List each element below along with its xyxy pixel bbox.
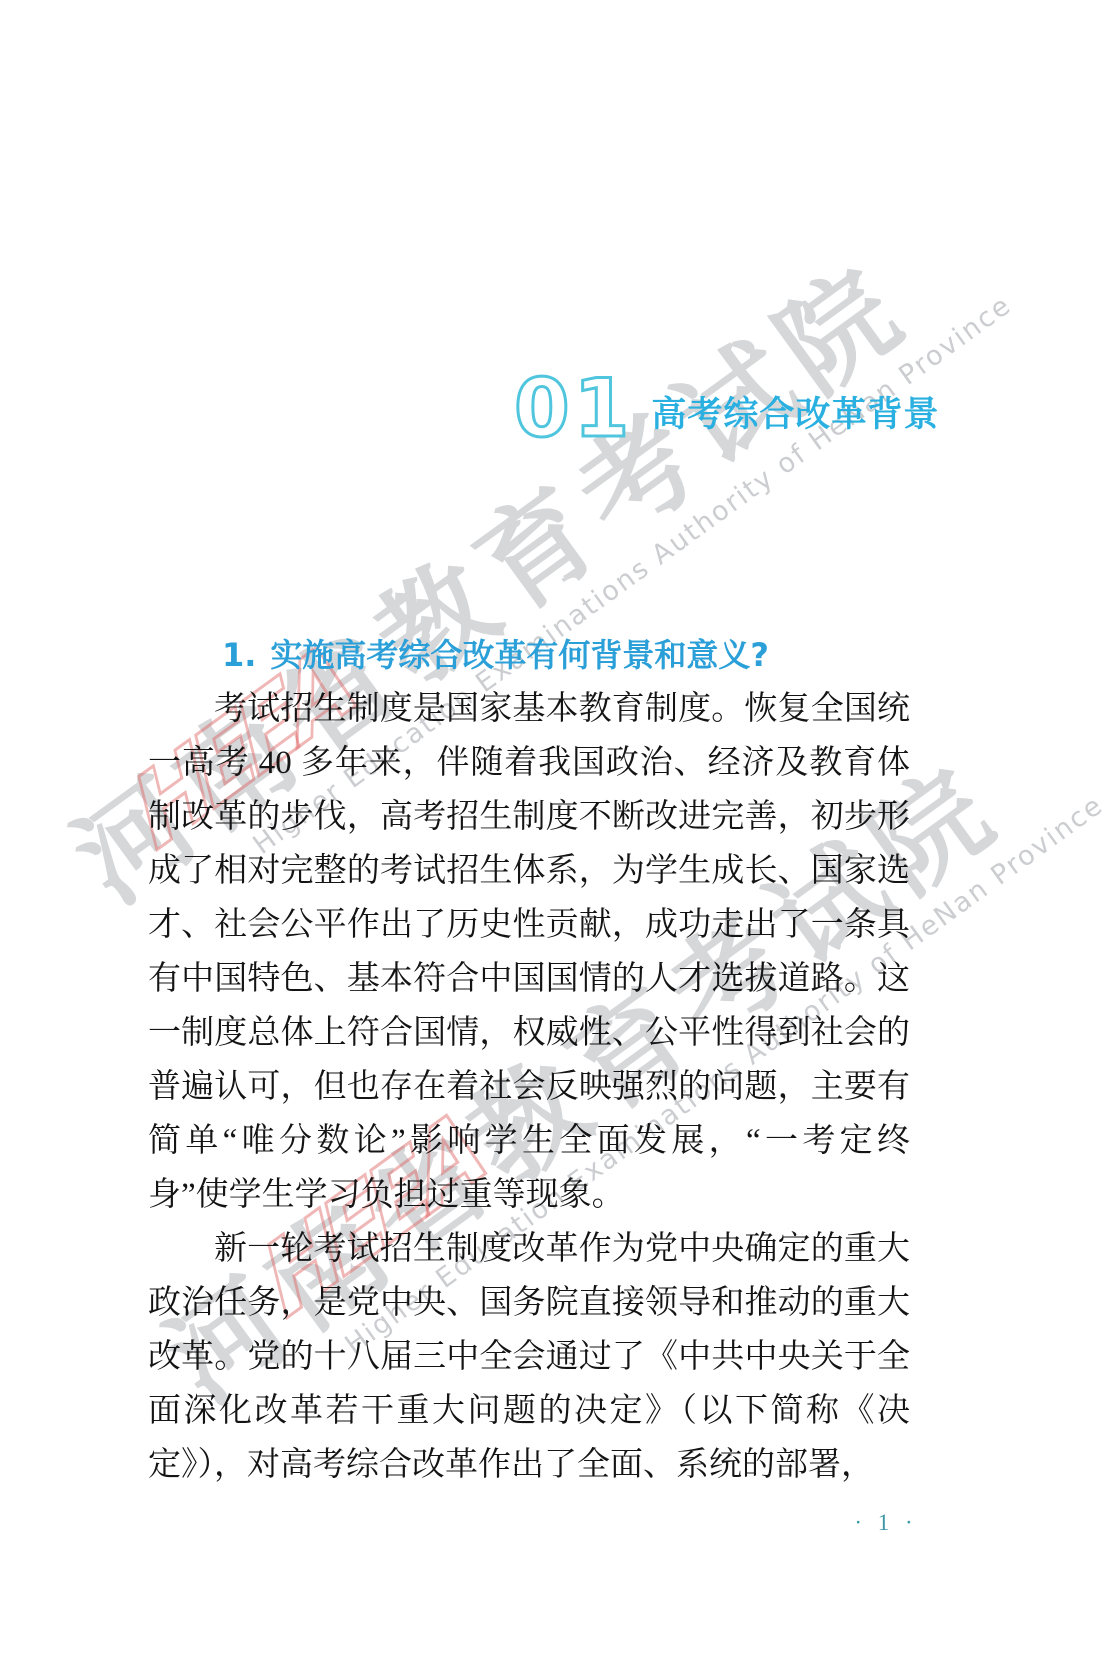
body-line: 成了相对完整的考试招生体系，为学生成长、国家选 <box>148 844 910 898</box>
question-title: 实施高考综合改革有何背景和意义? <box>270 636 769 674</box>
body-line: 普遍认可，但也存在着社会反映强烈的问题，主要有 <box>148 1060 910 1114</box>
question-number: 1. <box>222 636 256 674</box>
body-line: 政治任务，是党中央、国务院直接领导和推动的重大 <box>148 1276 910 1330</box>
body-line: 改革。党的十八届三中全会通过了《中共中央关于全 <box>148 1330 910 1384</box>
body-line: 一高考 40 多年来，伴随着我国政治、经济及教育体 <box>148 736 910 790</box>
body-line: 新一轮考试招生制度改革作为党中央确定的重大 <box>148 1222 910 1276</box>
body-line: 才、社会公平作出了历史性贡献，成功走出了一条具 <box>148 898 910 952</box>
body-line: 定》），对高考综合改革作出了全面、系统的部署， <box>148 1438 910 1492</box>
body-line: 面深化改革若干重大问题的决定》（以下简称《决 <box>148 1384 910 1438</box>
body-line: 制改革的步伐，高考招生制度不断改进完善，初步形 <box>148 790 910 844</box>
body-line: 考试招生制度是国家基本教育制度。恢复全国统 <box>148 682 910 736</box>
body-line: 有中国特色、基本符合中国国情的人才选拔道路。这 <box>148 952 910 1006</box>
document-page: 河南省教育考试院 Higher Education Examinations A… <box>0 0 1102 1654</box>
page-number: · 1 · <box>828 1510 944 1536</box>
body-line: 一制度总体上符合国情，权威性、公平性得到社会的 <box>148 1006 910 1060</box>
chapter-number: 01 <box>514 372 633 446</box>
question-heading: 1.实施高考综合改革有何背景和意义? <box>222 630 769 676</box>
chapter-title: 高考综合改革背景 <box>651 387 939 446</box>
body-line: 简单“唯分数论”影响学生全面发展，“一考定终 <box>148 1114 910 1168</box>
chapter-header: 01 高考综合改革背景 <box>514 372 939 446</box>
body-text: 考试招生制度是国家基本教育制度。恢复全国统 一高考 40 多年来，伴随着我国政治… <box>148 682 910 1492</box>
body-line: 身”使学生学习负担过重等现象。 <box>148 1168 910 1222</box>
